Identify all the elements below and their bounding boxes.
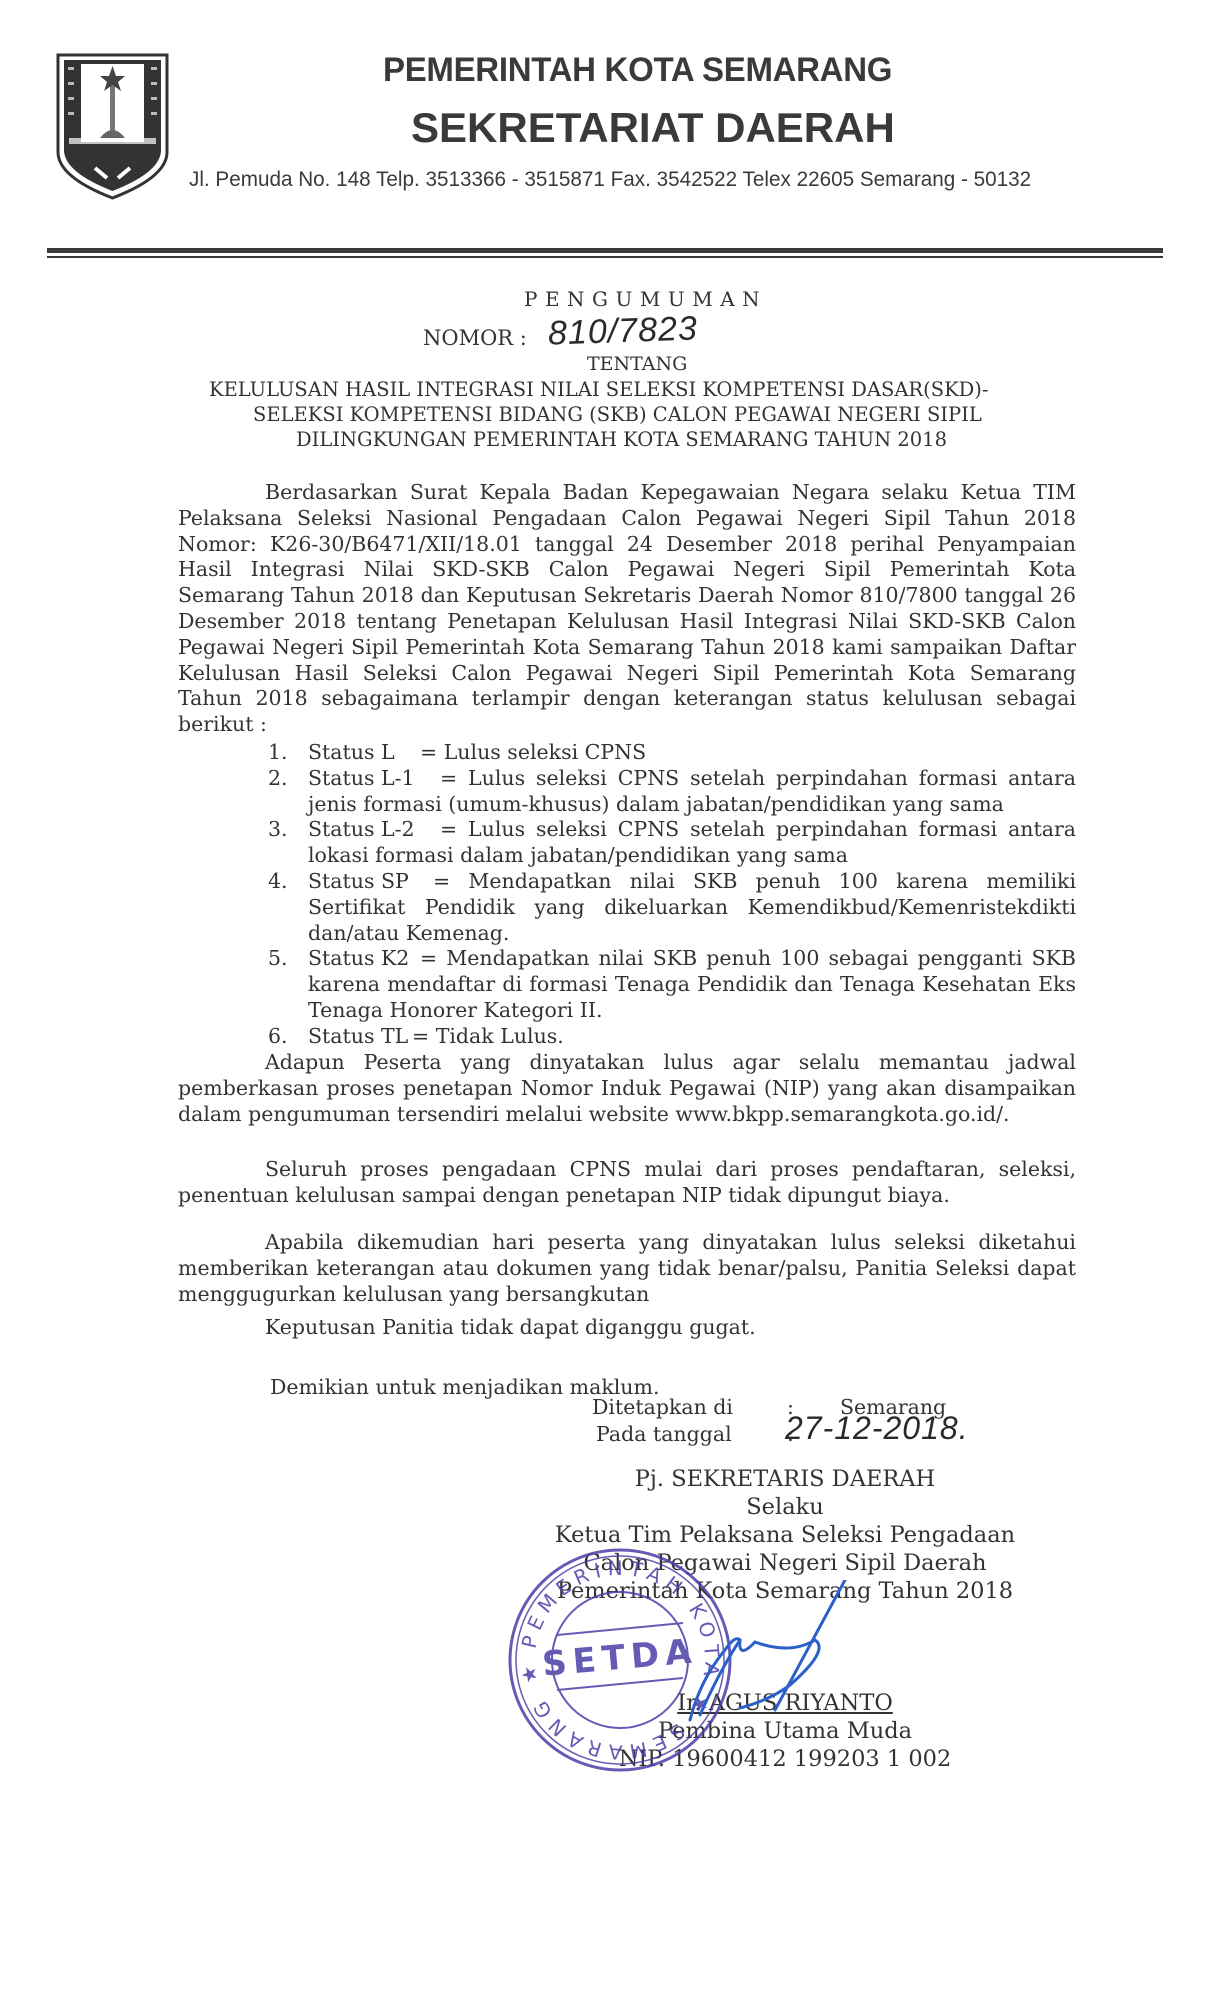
item-number: 6. bbox=[268, 1024, 288, 1050]
letterhead-divider-thin bbox=[47, 256, 1163, 258]
item-number: 5. bbox=[268, 946, 288, 972]
document-number: 810/7823 bbox=[547, 309, 698, 353]
place-label: Ditetapkan di bbox=[592, 1395, 733, 1419]
svg-text:SETDA: SETDA bbox=[541, 1631, 699, 1684]
status-description: = Lulus seleksi CPNS bbox=[420, 740, 646, 764]
document-type: PENGUMUMAN bbox=[524, 287, 767, 311]
item-number: 3. bbox=[268, 817, 288, 843]
office-address: Jl. Pemuda No. 148 Telp. 3513366 - 35158… bbox=[189, 168, 1031, 192]
status-list: 1.Status L= Lulus seleksi CPNS 2.Status … bbox=[268, 740, 1076, 1050]
semarang-coat-of-arms-icon bbox=[55, 52, 170, 200]
item-number: 4. bbox=[268, 869, 288, 895]
issue-date: 27-12-2018. bbox=[785, 1410, 969, 1447]
list-item: 5.Status K2= Mendapatkan nilai SKB penuh… bbox=[268, 946, 1076, 1023]
list-item: 3.Status L-2= Lulus seleksi CPNS setelah… bbox=[268, 817, 1076, 869]
intro-paragraph: Berdasarkan Surat Kepala Badan Kepegawai… bbox=[178, 480, 1076, 738]
status-code: Status K2 bbox=[308, 946, 420, 972]
free-of-charge-paragraph: Seluruh proses pengadaan CPNS mulai dari… bbox=[178, 1157, 1076, 1209]
signatory-position: Pj. SEKRETARIS DAERAH bbox=[540, 1466, 1030, 1492]
signatory-capacity: Selaku bbox=[540, 1494, 1030, 1520]
date-label: Pada tanggal bbox=[596, 1422, 732, 1446]
subject-title-line: KELULUSAN HASIL INTEGRASI NILAI SELEKSI … bbox=[209, 378, 988, 401]
item-number: 2. bbox=[268, 766, 288, 792]
letterhead-divider-thick bbox=[47, 248, 1163, 253]
list-item: 4.Status SP= Mendapatkan nilai SKB penuh… bbox=[268, 869, 1076, 946]
status-code: Status SP bbox=[308, 869, 433, 895]
number-label: NOMOR : bbox=[423, 326, 527, 350]
government-name: PEMERINTAH KOTA SEMARANG bbox=[383, 51, 892, 90]
subject-title-line: DILINGKUNGAN PEMERINTAH KOTA SEMARANG TA… bbox=[296, 428, 947, 451]
status-description: = Tidak Lulus. bbox=[412, 1024, 564, 1048]
status-code: Status TL bbox=[308, 1024, 412, 1050]
status-code: Status L bbox=[308, 740, 420, 766]
subject-label: TENTANG bbox=[587, 353, 687, 375]
office-name: SEKRETARIAT DAERAH bbox=[411, 104, 895, 152]
final-decision-paragraph: Keputusan Panitia tidak dapat diganggu g… bbox=[178, 1315, 1076, 1341]
status-code: Status L-1 bbox=[308, 766, 440, 792]
list-item: 1.Status L= Lulus seleksi CPNS bbox=[268, 740, 1076, 766]
monitor-paragraph: Adapun Peserta yang dinyatakan lulus aga… bbox=[178, 1050, 1076, 1127]
status-code: Status L-2 bbox=[308, 817, 440, 843]
list-item: 2.Status L-1= Lulus seleksi CPNS setelah… bbox=[268, 766, 1076, 818]
handwritten-signature-icon bbox=[680, 1580, 1000, 1730]
list-item: 6.Status TL= Tidak Lulus. bbox=[268, 1024, 1076, 1050]
status-description: = Mendapatkan nilai SKB penuh 100 sebaga… bbox=[308, 946, 1076, 1022]
subject-title-line: SELEKSI KOMPETENSI BIDANG (SKB) CALON PE… bbox=[253, 403, 982, 426]
false-document-paragraph: Apabila dikemudian hari peserta yang din… bbox=[178, 1230, 1076, 1307]
item-number: 1. bbox=[268, 740, 288, 766]
